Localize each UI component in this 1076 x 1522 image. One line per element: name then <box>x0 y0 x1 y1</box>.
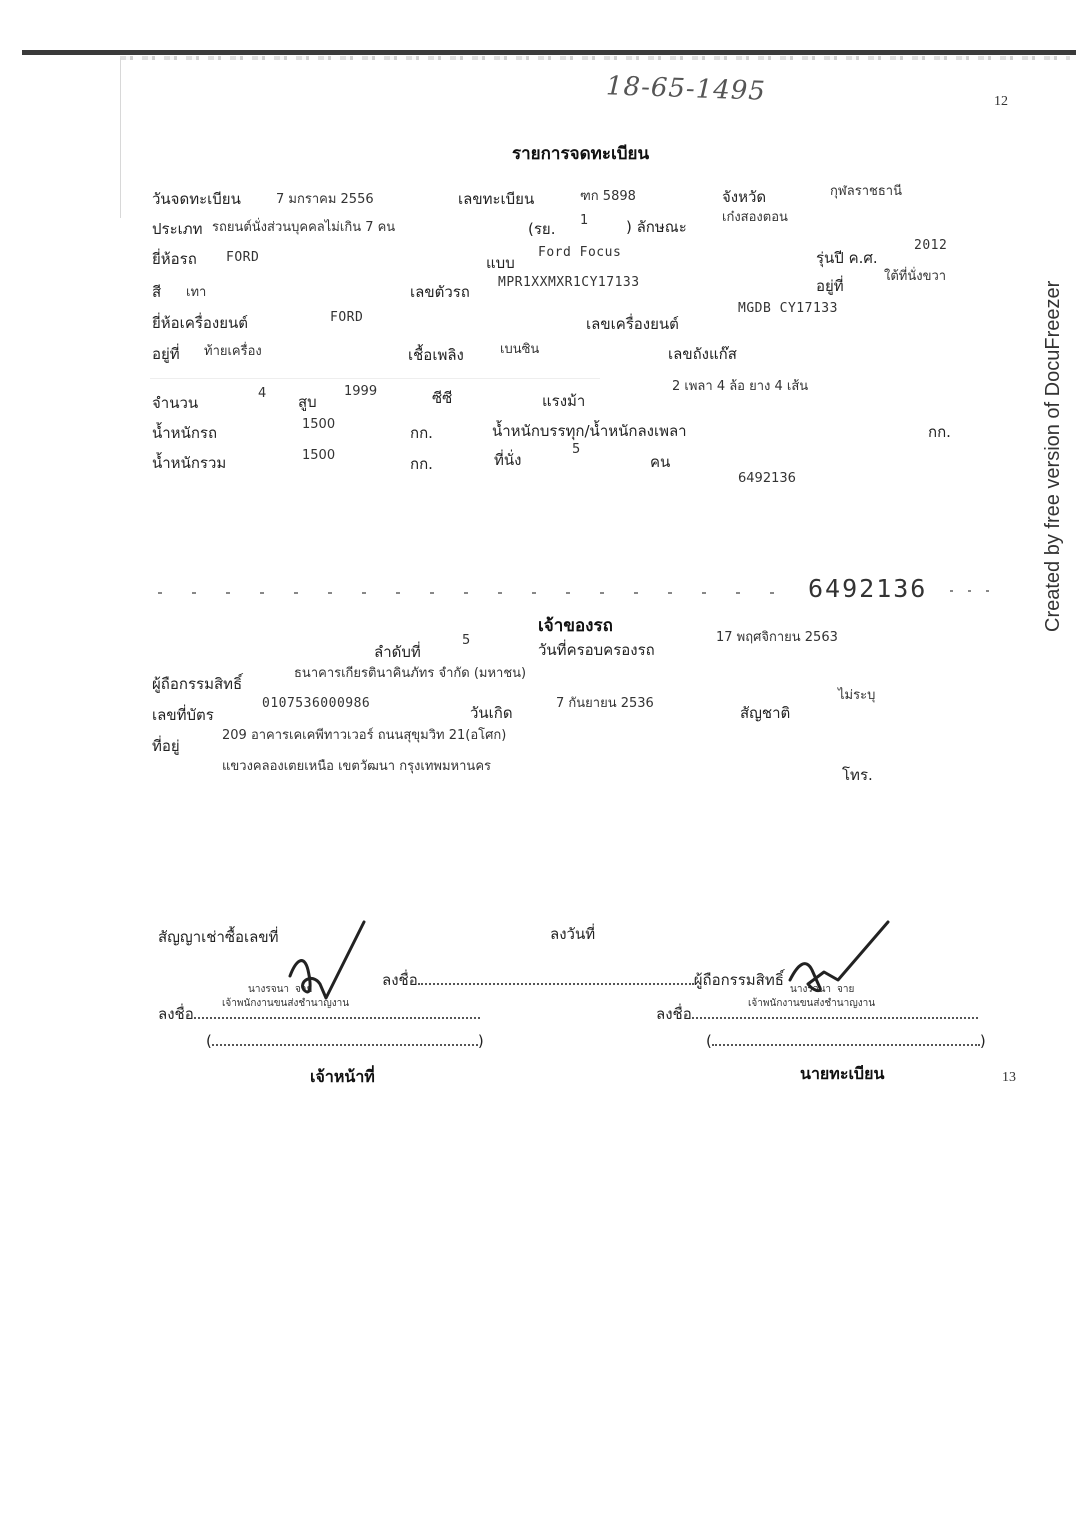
owner-title: เจ้าของรถ <box>538 612 613 639</box>
paren-open: ( <box>206 1032 212 1050</box>
possession-date-value: 17 พฤศจิกายน 2563 <box>716 626 838 647</box>
chassis-location-value: ใต้ที่นั่งขวา <box>884 265 946 286</box>
engine-brand-value: FORD <box>330 310 363 325</box>
payload-unit: กก. <box>928 420 951 444</box>
birth-value: 7 กันยายน 2536 <box>556 692 654 713</box>
chassis-location-label: อยู่ที่ <box>816 274 844 298</box>
address-line2: แขวงคลองเตยเหนือ เขตวัฒนา กรุงเทพมหานคร <box>222 755 491 776</box>
engine-brand-label: ยี่ห้อเครื่องยนต์ <box>152 311 248 335</box>
holder-sign-dots <box>418 983 694 985</box>
docufreezer-watermark: Created by free version of DocuFreezer <box>1042 281 1065 632</box>
gross-unit: กก. <box>410 452 433 476</box>
ry-close-character-label: ) ลักษณะ <box>626 215 687 239</box>
page-number-top: 12 <box>994 94 1008 110</box>
address-label: ที่อยู่ <box>152 734 180 758</box>
year-value: 2012 <box>914 238 947 253</box>
serial-large: 6492136 <box>808 574 927 603</box>
scan-top-border <box>22 50 1076 55</box>
scan-noise <box>120 56 1070 60</box>
order-label: ลำดับที่ <box>374 640 421 664</box>
holder-sign-label: ลงชื่อ <box>382 971 418 989</box>
address-line1: 209 อาคารเคเคพีทาวเวอร์ ถนนสุขุมวิท 21(อ… <box>222 724 506 745</box>
birth-label: วันเกิด <box>470 701 513 725</box>
cylinders-label: จำนวน <box>152 391 198 415</box>
paren-close: ) <box>478 1032 484 1050</box>
ry-value: 1 <box>580 213 588 228</box>
serial-small: 6492136 <box>738 471 796 486</box>
color-label: สี <box>152 280 161 304</box>
registrar-name-dots <box>712 1044 980 1046</box>
officer-name-dots <box>212 1044 478 1046</box>
engine-no-value: MGDB CY17133 <box>738 301 838 316</box>
brand-value: FORD <box>226 250 259 265</box>
scan-faint-line <box>150 378 600 379</box>
signature-checkmark-left-icon <box>282 918 382 1012</box>
bore-label: สูบ <box>298 390 317 414</box>
seats-label: ที่นั่ง <box>494 448 521 472</box>
sign-date-label: ลงวันที่ <box>550 922 595 946</box>
registrar-role: นายทะเบียน <box>800 1062 884 1087</box>
registrar-sign-label: ลงชื่อ <box>656 1005 692 1023</box>
chassis-label: เลขตัวรถ <box>410 280 470 304</box>
engine-no-label: เลขเครื่องยนต์ <box>586 312 679 336</box>
plate-value: ฑก 5898 <box>580 185 636 206</box>
page-number-bottom: 13 <box>1002 1070 1016 1086</box>
holder-value: ธนาคารเกียรตินาคินภัทร จำกัด (มหาชน) <box>294 662 526 683</box>
model-value: Ford Focus <box>538 245 621 260</box>
id-value: 0107536000986 <box>262 696 370 711</box>
order-value: 5 <box>462 633 470 648</box>
type-value: รถยนต์นั่งส่วนบุคคลไม่เกิน 7 คน <box>212 216 395 237</box>
cc-label: ซีซี <box>432 386 452 410</box>
year-label: รุ่นปี ค.ศ. <box>816 246 878 270</box>
dashed-divider-end <box>950 590 1000 592</box>
reg-date-label: วันจดทะเบียน <box>152 187 241 211</box>
handwritten-reference: 18-65-1495 <box>606 71 767 107</box>
cc-value: 1999 <box>344 384 377 399</box>
dashed-divider <box>158 592 798 594</box>
paren-open: ( <box>706 1032 712 1050</box>
reg-date-value: 7 มกราคม 2556 <box>276 188 374 209</box>
engine-location-label: อยู่ที่ <box>152 342 180 366</box>
paren-close: ) <box>980 1032 986 1050</box>
holder-label: ผู้ถือกรรมสิทธิ์ <box>152 672 242 696</box>
weight-unit: กก. <box>410 421 433 445</box>
weight-value: 1500 <box>302 417 335 432</box>
hp-label: แรงม้า <box>542 389 585 413</box>
brand-label: ยี่ห้อรถ <box>152 247 197 271</box>
gross-value: 1500 <box>302 448 335 463</box>
fuel-value: เบนซิน <box>500 338 539 359</box>
nationality-label: สัญชาติ <box>740 701 790 725</box>
id-label: เลขที่บัตร <box>152 703 214 727</box>
scan-left-edge <box>120 58 121 218</box>
officer-role: เจ้าหน้าที่ <box>310 1065 375 1090</box>
axle-value: 2 เพลา 4 ล้อ ยาง 4 เส้น <box>672 375 808 396</box>
lease-contract-label: สัญญาเช่าซื้อเลขที่ <box>158 925 279 949</box>
chassis-value: MPR1XXMXR1CY17133 <box>498 275 640 290</box>
plate-label: เลขทะเบียน <box>458 187 534 211</box>
seats-value: 5 <box>572 442 580 457</box>
ry-open: (รย. <box>528 217 555 241</box>
holder-sign-suffix: ผู้ถือกรรมสิทธิ์ <box>694 971 784 989</box>
gross-label: น้ำหนักรวม <box>152 451 226 475</box>
type-label: ประเภท <box>152 217 203 241</box>
signature-checkmark-right-icon <box>780 918 900 1012</box>
cylinders-value: 4 <box>258 386 266 401</box>
engine-location-value: ท้ายเครื่อง <box>204 340 262 361</box>
registration-title: รายการจดทะเบียน <box>512 140 649 167</box>
payload-label: น้ำหนักบรรทุก/น้ำหนักลงเพลา <box>492 419 687 443</box>
fuel-label: เชื้อเพลิง <box>408 343 464 367</box>
phone-label: โทร. <box>842 763 873 787</box>
province-value: กุฬลราชธานี <box>830 180 902 201</box>
officer-sign-dots <box>194 1017 480 1019</box>
model-label: แบบ <box>486 251 515 275</box>
holder-sign-line: ลงชื่อผู้ถือกรรมสิทธิ์ <box>382 968 784 992</box>
gas-tank-label: เลขถังแก๊ส <box>668 342 737 366</box>
possession-date-label: วันที่ครอบครองรถ <box>538 638 655 662</box>
officer-sign-label: ลงชื่อ <box>158 1005 194 1023</box>
registrar-sign-dots <box>692 1017 978 1019</box>
nationality-value: ไม่ระบุ <box>838 684 875 705</box>
registrar-name-paren: () <box>706 1031 986 1050</box>
character-value: เก๋งสองตอน <box>722 206 788 227</box>
officer-name-paren: () <box>206 1031 484 1050</box>
seats-unit: คน <box>650 450 670 474</box>
color-value: เทา <box>186 281 206 302</box>
weight-label: น้ำหนักรถ <box>152 421 217 445</box>
